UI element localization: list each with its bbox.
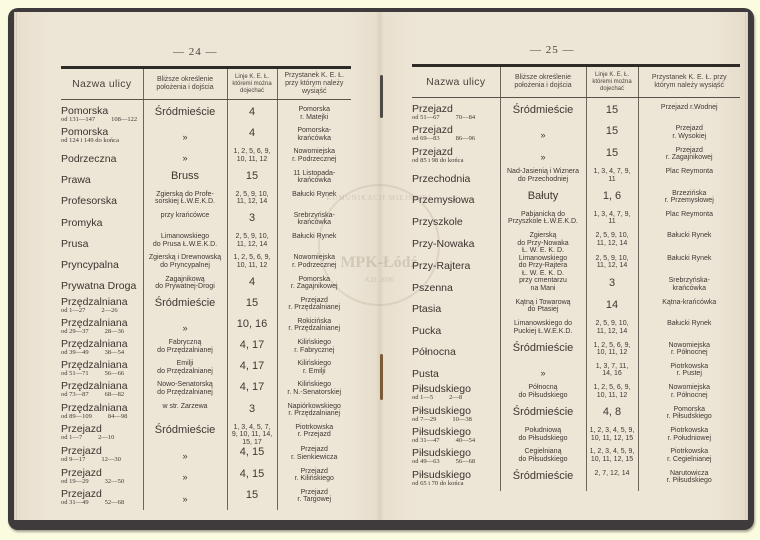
tram-lines-cell: 1, 2, 5, 6, 9, 10, 11, 12: [227, 254, 277, 275]
street-name-cell: Piłsudskiegood 49—6356—68: [412, 448, 500, 469]
tram-lines-cell: 2, 5, 9, 10, 11, 12, 14: [586, 232, 638, 255]
binding-stitch-bottom: [380, 354, 383, 400]
street-name-cell: Pomorskaod 124 i 149 do końca: [61, 127, 143, 148]
table-row: PrzechodniaNad-Jasienią i Wiznera do Prz…: [412, 168, 740, 189]
street-table-right: Nazwa ulicy Bliższe określenie położenia…: [412, 64, 740, 491]
tram-lines-cell: 4, 15: [227, 446, 277, 467]
table-row: Prywatna DrogaZagajnikową do Prywatnej-D…: [61, 276, 351, 297]
even-numbers: 52—68: [105, 499, 125, 506]
tram-lines-cell: 1, 3, 4, 7, 9, 11: [586, 168, 638, 189]
stop-cell: Nowomiejska r. Północnej: [638, 342, 740, 363]
tram-lines-cell: 4: [227, 276, 277, 297]
location-cell: Śródmieście: [500, 342, 586, 363]
street-name: Pucka: [412, 326, 498, 336]
even-numbers: 84—98: [108, 413, 128, 420]
tram-lines-cell: 4, 17: [227, 360, 277, 381]
street-name-cell: Przejazdod 51—6770—84: [412, 104, 500, 125]
table-row: PryncypalnaZgierską i Drewnowską do Pryn…: [61, 254, 351, 275]
stop-cell: Bałucki Rynek: [638, 255, 740, 278]
house-number-range: od 49—6356—68: [412, 458, 498, 465]
stop-cell: Kilińskiego r. N.-Senatorskiej: [277, 381, 351, 402]
even-numbers: 56—68: [456, 458, 476, 465]
street-name: Przejazd: [61, 446, 141, 456]
table-row: Przejazdod 1—72—10Śródmieście1, 3, 4, 5,…: [61, 424, 351, 447]
street-name-cell: Przechodnia: [412, 168, 500, 189]
street-name-cell: Pucka: [412, 320, 500, 341]
stop-cell: Brzezińska r. Przemysłowej: [638, 190, 740, 211]
odd-numbers: od 7—29: [412, 416, 436, 423]
header-stop: Przystanek K. E. Ł. przy którym należy w…: [277, 68, 351, 100]
street-name: Przędzalniana: [61, 403, 141, 413]
tram-lines-cell: 1, 6: [586, 190, 638, 211]
street-name-cell: Przy-Rajtera: [412, 255, 500, 278]
odd-numbers: od 1—27: [61, 307, 85, 314]
street-name-cell: Przędzalnianaod 89—10984—98: [61, 403, 143, 424]
location-cell: »: [143, 318, 227, 339]
table-row: Przędzalnianaod 73—8768—82Nowo-Senatorsk…: [61, 381, 351, 402]
location-cell: przy cmentarzu na Mani: [500, 277, 586, 298]
location-cell: Zgierską i Drewnowską do Pryncypalnej: [143, 254, 227, 275]
house-number-range: od 1—52—8: [412, 394, 498, 401]
location-cell: Północną do Piłsudskiego: [500, 384, 586, 405]
table-row: Piłsudskiegood 49—6356—68Cegielnianą do …: [412, 448, 740, 469]
street-name: Przejazd: [412, 104, 498, 114]
street-name-cell: Pszenna: [412, 277, 500, 298]
tram-lines-cell: 3: [586, 277, 638, 298]
street-name-cell: Przędzalnianaod 29—3728—36: [61, 318, 143, 339]
location-cell: Śródmieście: [500, 104, 586, 125]
stop-cell: Pomorska r. Piłsudskiego: [638, 406, 740, 427]
table-row: PrzemysłowaBałuty1, 6Brzezińska r. Przem…: [412, 190, 740, 211]
street-name: Przędzalniana: [61, 339, 141, 349]
street-name: Piłsudskiego: [412, 427, 498, 437]
house-number-range: od 73—8768—82: [61, 391, 141, 398]
header-location: Bliższe określenie położenia i dojścia: [500, 66, 586, 98]
table-row: Przędzalnianaod 1—272—26Śródmieście15Prz…: [61, 297, 351, 318]
header-location: Bliższe określenie położenia i dojścia: [143, 68, 227, 100]
tram-lines-cell: 1, 2, 5, 6, 9, 10, 11, 12: [586, 342, 638, 363]
tram-lines-cell: 4, 17: [227, 339, 277, 360]
street-name: Ptasia: [412, 304, 498, 314]
street-name-cell: Pusta: [412, 363, 500, 384]
street-name-cell: Przędzalnianaod 39—4938—54: [61, 339, 143, 360]
stop-cell: Narutowicza r. Piłsudskiego: [638, 470, 740, 491]
table-row: Pusta»1, 3, 7, 11, 14, 16Piotrkowska r. …: [412, 363, 740, 384]
even-numbers: 12—30: [101, 456, 121, 463]
location-cell: Śródmieście: [143, 424, 227, 447]
tram-lines-cell: 4: [227, 127, 277, 148]
street-name: Przy-Nowaka: [412, 239, 498, 249]
tram-lines-cell: 14: [586, 299, 638, 320]
house-number-range: od 131—147108—122: [61, 116, 141, 123]
stop-cell: Przejazd r. Kilińskiego: [277, 468, 351, 489]
street-name-cell: Piłsudskiegood 1—52—8: [412, 384, 500, 405]
table-row: Przy-NowakaZgierską do Przy-Nowaka Ł. W.…: [412, 232, 740, 255]
location-cell: Kątną i Towarową do Ptasiej: [500, 299, 586, 320]
tram-lines-cell: 1, 2, 3, 4, 5, 9, 10, 11, 12, 15: [586, 427, 638, 448]
stop-cell: Przejazd r.Wodnej: [638, 104, 740, 125]
street-name-cell: Prywatna Droga: [61, 276, 143, 297]
location-cell: »: [143, 148, 227, 169]
location-cell: Nowo-Senatorską do Przędzalnianej: [143, 381, 227, 402]
tram-lines-cell: 1, 3, 4, 5, 7, 9, 10, 11, 14, 15, 17: [227, 424, 277, 447]
odd-numbers: od 39—49: [61, 349, 89, 356]
even-numbers: 38—54: [105, 349, 125, 356]
street-name-cell: Ptasia: [412, 299, 500, 320]
odd-numbers: od 131—147: [61, 116, 95, 123]
table-row: PółnocnaŚródmieście1, 2, 5, 6, 9, 10, 11…: [412, 342, 740, 363]
even-numbers: 108—122: [111, 116, 137, 123]
odd-numbers: od 29—37: [61, 328, 89, 335]
even-numbers: 32—50: [105, 478, 125, 485]
stop-cell: Przejazd r. Sienkiewicza: [277, 446, 351, 467]
location-cell: Emilji do Przędzalnianej: [143, 360, 227, 381]
header-street-name: Nazwa ulicy: [61, 68, 143, 100]
odd-numbers: od 49—63: [412, 458, 440, 465]
house-number-range: od 85 i 98 do końca: [412, 157, 498, 164]
location-cell: »: [143, 468, 227, 489]
street-name-cell: Przy-Nowaka: [412, 232, 500, 255]
table-row: Przejazdod 31—4952—68»15Przejazd r. Targ…: [61, 489, 351, 510]
stop-cell: Piotrkowska r. Cegielnianej: [638, 448, 740, 469]
binding-stitch-top: [380, 75, 383, 118]
street-name: Pryncypalna: [61, 260, 141, 270]
table-row: Przy-RajteraLimanowskiego do Przy-Rajter…: [412, 255, 740, 278]
stop-cell: Pomorska r. Zagajnikowej: [277, 276, 351, 297]
even-numbers: 68—82: [105, 391, 125, 398]
street-name: Prywatna Droga: [61, 281, 141, 291]
table-row: Piłsudskiegood 31—4740—54Południową do P…: [412, 427, 740, 448]
location-cell: »: [143, 446, 227, 467]
street-name-cell: Piłsudskiegood 7—2910—38: [412, 406, 500, 427]
location-cell: Śródmieście: [143, 297, 227, 318]
tram-lines-cell: 2, 5, 9, 10, 11, 12, 14: [586, 320, 638, 341]
table-row: Pomorskaod 124 i 149 do końca»4Pomorska-…: [61, 127, 351, 148]
location-cell: Śródmieście: [500, 406, 586, 427]
stop-cell: Nowomiejska r. Podrzecznej: [277, 254, 351, 275]
street-name: Prawa: [61, 175, 141, 185]
location-cell: Fabryczną do Przędzalnianej: [143, 339, 227, 360]
location-cell: Południową do Piłsudskiego: [500, 427, 586, 448]
house-number-range: od 51—7156—66: [61, 370, 141, 377]
location-cell: Pabjanicką do Przyszkole Ł.W.E.K.D.: [500, 211, 586, 232]
table-row: Przejazdod 69—8386—96»15Przejazd r. Wyso…: [412, 125, 740, 146]
table-row: Przejazdod 9—1712—30»4, 15Przejazd r. Si…: [61, 446, 351, 467]
street-name: Piłsudskiego: [412, 470, 498, 480]
table-row: Przejazdod 51—6770—84Śródmieście15Przeja…: [412, 104, 740, 125]
street-name: Podrzeczna: [61, 154, 141, 164]
street-name-cell: Przędzalnianaod 1—272—26: [61, 297, 143, 318]
street-name: Przejazd: [412, 147, 498, 157]
tram-lines-cell: 15: [586, 125, 638, 146]
street-name: Pszenna: [412, 283, 498, 293]
street-name: Przejazd: [61, 468, 141, 478]
location-cell: »: [143, 127, 227, 148]
house-number-range: od 9—1712—30: [61, 456, 141, 463]
tram-lines-cell: 4: [227, 106, 277, 127]
odd-numbers: od 31—47: [412, 437, 440, 444]
street-name: Pomorska: [61, 106, 141, 116]
tram-lines-cell: 2, 7, 12, 14: [586, 470, 638, 491]
even-numbers: 70—84: [456, 114, 476, 121]
odd-numbers: od 51—71: [61, 370, 89, 377]
street-name: Przemysłowa: [412, 195, 498, 205]
street-name: Przędzalniana: [61, 360, 141, 370]
house-number-range: od 31—4952—68: [61, 499, 141, 506]
even-numbers: 56—66: [105, 370, 125, 377]
house-number-range: od 39—4938—54: [61, 349, 141, 356]
street-name-cell: Pomorskaod 131—147108—122: [61, 106, 143, 127]
street-name-cell: Przejazdod 9—1712—30: [61, 446, 143, 467]
page-number-right: — 25 —: [530, 44, 575, 56]
tram-lines-cell: 15: [227, 170, 277, 191]
even-numbers: 86—96: [456, 135, 476, 142]
table-row: PuckaLimanowskiego do Puckiej Ł.W.E.K.D.…: [412, 320, 740, 341]
location-cell: »: [500, 147, 586, 168]
tram-lines-cell: 1, 3, 4, 7, 9, 11: [586, 211, 638, 232]
stop-cell: Kątna-krańcówka: [638, 299, 740, 320]
location-cell: »: [143, 489, 227, 510]
street-name-cell: Pryncypalna: [61, 254, 143, 275]
stop-cell: Bałucki Rynek: [277, 233, 351, 254]
street-name-cell: Prawa: [61, 170, 143, 191]
house-number-range: od 1—272—26: [61, 307, 141, 314]
tram-lines-cell: 3: [227, 212, 277, 233]
table-row: PrusaLimanowskiego do Prusa Ł.W.E.K.D.2,…: [61, 233, 351, 254]
street-name-cell: Przejazdod 69—8386—96: [412, 125, 500, 146]
stop-cell: 11 Listopada- krańcówka: [277, 170, 351, 191]
house-number-range: od 7—2910—38: [412, 416, 498, 423]
house-number-range: od 31—4740—54: [412, 437, 498, 444]
street-name-cell: Prusa: [61, 233, 143, 254]
table-row: PtasiaKątną i Towarową do Ptasiej14Kątna…: [412, 299, 740, 320]
stop-cell: Przejazd r. Przędzalnianej: [277, 297, 351, 318]
street-name-cell: Przejazdod 85 i 98 do końca: [412, 147, 500, 168]
tram-lines-cell: 2, 5, 9, 10, 11, 12, 14: [227, 233, 277, 254]
street-name: Przejazd: [61, 489, 141, 499]
street-name-cell: Przejazdod 31—4952—68: [61, 489, 143, 510]
tram-lines-cell: 1, 2, 3, 4, 5, 9, 10, 11, 12, 15: [586, 448, 638, 469]
street-name: Przejazd: [61, 424, 141, 434]
table-header-row: Nazwa ulicy Bliższe określenie położenia…: [412, 66, 740, 98]
stop-cell: Piotrkowska r. Pustej: [638, 363, 740, 384]
house-number-range: od 1—72—10: [61, 434, 141, 441]
tram-lines-cell: 15: [227, 297, 277, 318]
table-row: Pomorskaod 131—147108—122Śródmieście4Pom…: [61, 106, 351, 127]
location-cell: Nad-Jasienią i Wiznera do Przechodniej: [500, 168, 586, 189]
location-cell: Cegielnianą do Piłsudskiego: [500, 448, 586, 469]
odd-numbers: od 1—5: [412, 394, 433, 401]
stop-cell: Pomorska r. Matejki: [277, 106, 351, 127]
location-cell: Zagajnikową do Prywatnej-Drogi: [143, 276, 227, 297]
street-name-cell: Podrzeczna: [61, 148, 143, 169]
house-number-range: od 29—3728—36: [61, 328, 141, 335]
odd-numbers: od 85 i 98 do końca: [412, 157, 463, 164]
street-name: Piłsudskiego: [412, 448, 498, 458]
table-row: Piłsudskiegood 7—2910—38Śródmieście4, 8P…: [412, 406, 740, 427]
street-name-cell: Północna: [412, 342, 500, 363]
stop-cell: Rokicińska r. Przędzalnianej: [277, 318, 351, 339]
tram-lines-cell: 2, 5, 9, 10, 11, 12, 14: [586, 255, 638, 278]
tram-lines-cell: 4, 15: [227, 468, 277, 489]
tram-lines-cell: 15: [586, 104, 638, 125]
location-cell: Śródmieście: [500, 470, 586, 491]
table-row: Przędzalnianaod 39—4938—54Fabryczną do P…: [61, 339, 351, 360]
tram-lines-cell: 2, 5, 9, 10, 11, 12, 14: [227, 191, 277, 212]
odd-numbers: od 31—49: [61, 499, 89, 506]
table-row: Podrzeczna»1, 2, 5, 6, 9, 10, 11, 12Nowo…: [61, 148, 351, 169]
house-number-range: od 19—2932—50: [61, 478, 141, 485]
even-numbers: 28—36: [105, 328, 125, 335]
stop-cell: Kilińskiego r. Emilji: [277, 360, 351, 381]
house-number-range: od 65 i 70 do końca: [412, 480, 498, 487]
odd-numbers: od 89—109: [61, 413, 92, 420]
street-name: Prusa: [61, 239, 141, 249]
odd-numbers: od 1—7: [61, 434, 82, 441]
table-row: Piłsudskiegood 65 i 70 do końcaŚródmieśc…: [412, 470, 740, 491]
table-row: ProfesorskaZgierską do Profe- sorskiej Ł…: [61, 191, 351, 212]
tram-lines-cell: 10, 16: [227, 318, 277, 339]
tram-lines-cell: 1, 2, 5, 6, 9, 10, 11, 12: [586, 384, 638, 405]
tram-lines-cell: 1, 2, 5, 6, 9, 10, 11, 12: [227, 148, 277, 169]
header-tram-lines: Linje K. E. Ł. któremi można dojechać: [227, 68, 277, 100]
location-cell: Limanowskiego do Przy-Rajtera Ł. W. E. K…: [500, 255, 586, 278]
even-numbers: 2—8: [449, 394, 462, 401]
table-row: Przędzalnianaod 89—10984—98w str. Zarzew…: [61, 403, 351, 424]
table-row: Przędzalnianaod 51—7156—66Emilji do Przę…: [61, 360, 351, 381]
stop-cell: Napiórkowskiego r. Przędzalnianej: [277, 403, 351, 424]
table-row: PrzyszkolePabjanicką do Przyszkole Ł.W.E…: [412, 211, 740, 232]
even-numbers: 2—26: [101, 307, 117, 314]
house-number-range: od 89—10984—98: [61, 413, 141, 420]
location-cell: w str. Zarzewa: [143, 403, 227, 424]
street-name-cell: Przędzalnianaod 73—8768—82: [61, 381, 143, 402]
table-row: Przejazdod 85 i 98 do końca»15Przejazd r…: [412, 147, 740, 168]
page-number-left: — 24 —: [173, 46, 218, 58]
street-name: Przejazd: [412, 125, 498, 135]
tram-lines-cell: 15: [586, 147, 638, 168]
street-name: Przędzalniana: [61, 297, 141, 307]
location-cell: Bruss: [143, 170, 227, 191]
street-name-cell: Przędzalnianaod 51—7156—66: [61, 360, 143, 381]
stop-cell: Pomorska- krańcówka: [277, 127, 351, 148]
header-stop: Przystanek K. E. Ł. przy którym należy w…: [638, 66, 740, 98]
odd-numbers: od 73—87: [61, 391, 89, 398]
stop-cell: Bałucki Rynek: [277, 191, 351, 212]
street-name: Północna: [412, 347, 498, 357]
table-row: Piłsudskiegood 1—52—8Północną do Piłsuds…: [412, 384, 740, 405]
header-street-name: Nazwa ulicy: [412, 66, 500, 98]
tram-lines-cell: 15: [227, 489, 277, 510]
even-numbers: 10—38: [452, 416, 472, 423]
street-name-cell: Przemysłowa: [412, 190, 500, 211]
odd-numbers: od 124 i 149 do końca: [61, 137, 119, 144]
stop-cell: Nowomiejska r. Północnej: [638, 384, 740, 405]
street-name-cell: Przejazdod 1—72—10: [61, 424, 143, 447]
street-name: Przyszkole: [412, 217, 498, 227]
stop-cell: Bałucki Rynek: [638, 320, 740, 341]
street-name: Przechodnia: [412, 174, 498, 184]
house-number-range: od 51—6770—84: [412, 114, 498, 121]
stop-cell: Piotrkowska r. Południowej: [638, 427, 740, 448]
stop-cell: Plac Reymonta: [638, 211, 740, 232]
header-tram-lines: Linje K. E. Ł. któremi można dojechać: [586, 66, 638, 98]
table-row: Pszennaprzy cmentarzu na Mani3Srebrzyńsk…: [412, 277, 740, 298]
odd-numbers: od 9—17: [61, 456, 85, 463]
street-name: Przędzalniana: [61, 381, 141, 391]
street-name: Przędzalniana: [61, 318, 141, 328]
odd-numbers: od 69—83: [412, 135, 440, 142]
house-number-range: od 124 i 149 do końca: [61, 137, 141, 144]
street-name-cell: Piłsudskiegood 31—4740—54: [412, 427, 500, 448]
street-name: Pusta: [412, 369, 498, 379]
location-cell: Zgierską do Przy-Nowaka Ł. W. E. K. D.: [500, 232, 586, 255]
location-cell: »: [500, 363, 586, 384]
street-name: Piłsudskiego: [412, 384, 498, 394]
table-header-row: Nazwa ulicy Bliższe określenie położenia…: [61, 68, 351, 100]
stop-cell: Kilińskiego r. Fabrycznej: [277, 339, 351, 360]
location-cell: Limanowskiego do Puckiej Ł.W.E.K.D.: [500, 320, 586, 341]
street-name-cell: Promyka: [61, 212, 143, 233]
tram-lines-cell: 3: [227, 403, 277, 424]
stop-cell: Przejazd r. Targowej: [277, 489, 351, 510]
street-name-cell: Przyszkole: [412, 211, 500, 232]
even-numbers: 40—54: [456, 437, 476, 444]
table-row: Przejazdod 19—2932—50»4, 15Przejazd r. K…: [61, 468, 351, 489]
street-name: Przy-Rajtera: [412, 261, 498, 271]
street-table-left: Nazwa ulicy Bliższe określenie położenia…: [61, 66, 351, 510]
street-name-cell: Piłsudskiegood 65 i 70 do końca: [412, 470, 500, 491]
location-cell: Zgierską do Profe- sorskiej Ł.W.E.K.D.: [143, 191, 227, 212]
location-cell: Bałuty: [500, 190, 586, 211]
table-row: Przędzalnianaod 29—3728—36»10, 16Rokiciń…: [61, 318, 351, 339]
table-row: PrawaBruss1511 Listopada- krańcówka: [61, 170, 351, 191]
stop-cell: Plac Reymonta: [638, 168, 740, 189]
street-name: Piłsudskiego: [412, 406, 498, 416]
even-numbers: 2—10: [98, 434, 114, 441]
street-name: Profesorska: [61, 196, 141, 206]
tram-lines-cell: 4, 17: [227, 381, 277, 402]
stop-cell: Piotrkowska r. Przejazd: [277, 424, 351, 447]
stop-cell: Nowomiejska r. Podrzecznej: [277, 148, 351, 169]
house-number-range: od 69—8386—96: [412, 135, 498, 142]
tram-lines-cell: 1, 3, 7, 11, 14, 16: [586, 363, 638, 384]
location-cell: Śródmieście: [143, 106, 227, 127]
location-cell: Limanowskiego do Prusa Ł.W.E.K.D.: [143, 233, 227, 254]
location-cell: przy krańcówce: [143, 212, 227, 233]
odd-numbers: od 19—29: [61, 478, 89, 485]
table-row: Promykaprzy krańcówce3Srebrzyńska- krańc…: [61, 212, 351, 233]
location-cell: »: [500, 125, 586, 146]
street-name: Pomorska: [61, 127, 141, 137]
odd-numbers: od 51—67: [412, 114, 440, 121]
street-name: Promyka: [61, 218, 141, 228]
street-name-cell: Profesorska: [61, 191, 143, 212]
street-name-cell: Przejazdod 19—2932—50: [61, 468, 143, 489]
tram-lines-cell: 4, 8: [586, 406, 638, 427]
stop-cell: Srebrzyńska- krańcówka: [638, 277, 740, 298]
stop-cell: Bałucki Rynek: [638, 232, 740, 255]
stop-cell: Przejazd r. Wysokiej: [638, 125, 740, 146]
stop-cell: Srebrzyńska- krańcówka: [277, 212, 351, 233]
stop-cell: Przejazd r. Zagajnikowej: [638, 147, 740, 168]
odd-numbers: od 65 i 70 do końca: [412, 480, 463, 487]
